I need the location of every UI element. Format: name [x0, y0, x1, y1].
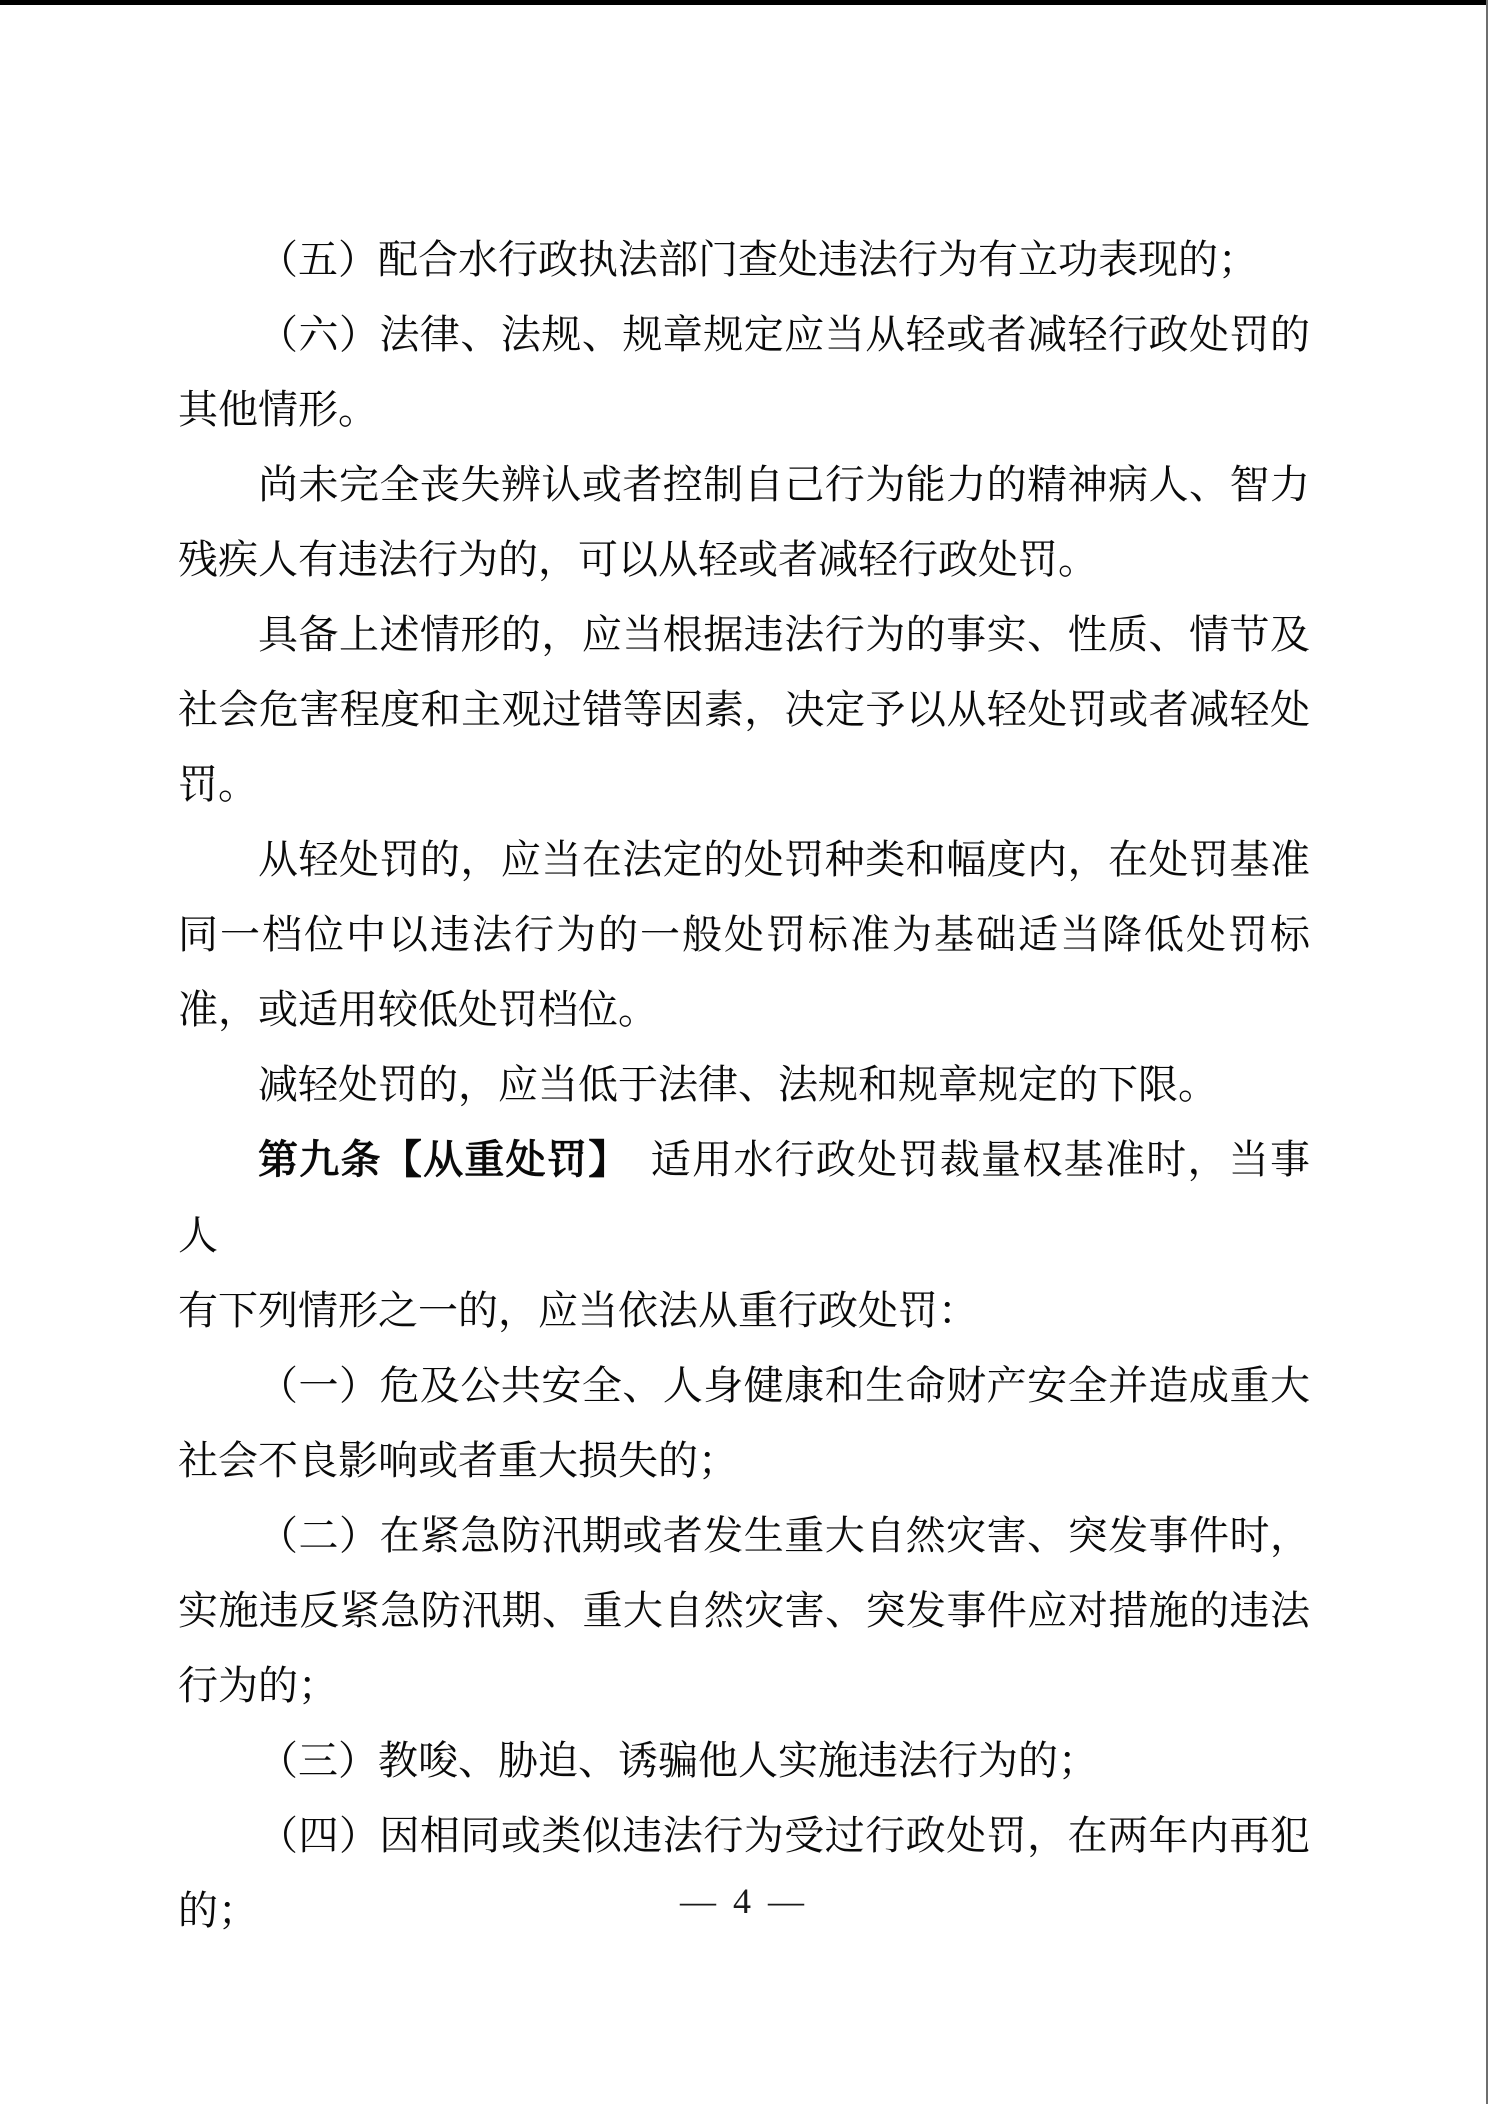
- article-heading: 第九条【从重处罚】: [258, 1138, 610, 1182]
- text-segment: （二）在紧急防汛期或者发生重大自然灾害、突发事件时，: [258, 1513, 1310, 1558]
- text-segment: 其他情形。: [178, 387, 378, 432]
- text-line: 尚未完全丧失辨认或者控制自己行为能力的精神病人、智力: [178, 447, 1310, 522]
- text-line: 同一档位中以违法行为的一般处罚标准为基础适当降低处罚标: [178, 897, 1310, 972]
- text-line: （一）危及公共安全、人身健康和生命财产安全并造成重大: [178, 1348, 1310, 1423]
- page-number: — 4 —: [0, 1880, 1488, 1922]
- text-line: 具备上述情形的，应当根据违法行为的事实、性质、情节及: [178, 597, 1310, 672]
- text-segment: （一）危及公共安全、人身健康和生命财产安全并造成重大: [258, 1363, 1310, 1408]
- text-line: （六）法律、法规、规章规定应当从轻或者减轻行政处罚的: [178, 297, 1310, 372]
- text-line: 社会危害程度和主观过错等因素，决定予以从轻处罚或者减轻处: [178, 672, 1310, 747]
- text-segment: 从轻处罚的，应当在法定的处罚种类和幅度内，在处罚基准: [258, 837, 1310, 882]
- text-segment: 尚未完全丧失辨认或者控制自己行为能力的精神病人、智力: [258, 462, 1310, 507]
- text-line: （三）教唆、胁迫、诱骗他人实施违法行为的；: [178, 1723, 1310, 1798]
- page-top-border: [0, 0, 1488, 5]
- text-segment: 减轻处罚的，应当低于法律、法规和规章规定的下限。: [258, 1062, 1218, 1107]
- text-segment: 有下列情形之一的，应当依法从重行政处罚：: [178, 1288, 978, 1333]
- text-segment: 罚。: [178, 762, 258, 807]
- text-segment: 残疾人有违法行为的，可以从轻或者减轻行政处罚。: [178, 537, 1098, 582]
- text-segment: （三）教唆、胁迫、诱骗他人实施违法行为的；: [258, 1738, 1098, 1783]
- text-line: 实施违反紧急防汛期、重大自然灾害、突发事件应对措施的违法: [178, 1573, 1310, 1648]
- text-segment: 社会危害程度和主观过错等因素，决定予以从轻处罚或者减轻处: [178, 687, 1310, 732]
- text-segment: 同一档位中以违法行为的一般处罚标准为基础适当降低处罚标: [178, 912, 1310, 957]
- text-line: （五）配合水行政执法部门查处违法行为有立功表现的；: [178, 222, 1310, 297]
- text-line: 第九条【从重处罚】 适用水行政处罚裁量权基准时，当事人: [178, 1122, 1310, 1273]
- text-line: 社会不良影响或者重大损失的；: [178, 1423, 1310, 1498]
- text-segment: （四）因相同或类似违法行为受过行政处罚，在两年内再犯: [258, 1813, 1310, 1858]
- text-segment: （六）法律、法规、规章规定应当从轻或者减轻行政处罚的: [258, 312, 1310, 357]
- text-line: 从轻处罚的，应当在法定的处罚种类和幅度内，在处罚基准: [178, 822, 1310, 897]
- document-body: （五）配合水行政执法部门查处违法行为有立功表现的；（六）法律、法规、规章规定应当…: [178, 222, 1310, 1948]
- text-segment: 具备上述情形的，应当根据违法行为的事实、性质、情节及: [258, 612, 1310, 657]
- text-segment: 准，或适用较低处罚档位。: [178, 987, 658, 1032]
- text-segment: 实施违反紧急防汛期、重大自然灾害、突发事件应对措施的违法: [178, 1588, 1310, 1633]
- text-segment: 社会不良影响或者重大损失的；: [178, 1438, 738, 1483]
- document-page: （五）配合水行政执法部门查处违法行为有立功表现的；（六）法律、法规、规章规定应当…: [0, 0, 1488, 2104]
- text-line: （二）在紧急防汛期或者发生重大自然灾害、突发事件时，: [178, 1498, 1310, 1573]
- text-line: 其他情形。: [178, 372, 1310, 447]
- text-segment: 行为的；: [178, 1663, 338, 1708]
- text-line: 减轻处罚的，应当低于法律、法规和规章规定的下限。: [178, 1047, 1310, 1122]
- text-line: 行为的；: [178, 1648, 1310, 1723]
- text-line: （四）因相同或类似违法行为受过行政处罚，在两年内再犯: [178, 1798, 1310, 1873]
- text-line: 有下列情形之一的，应当依法从重行政处罚：: [178, 1273, 1310, 1348]
- text-segment: （五）配合水行政执法部门查处违法行为有立功表现的；: [258, 237, 1258, 282]
- text-line: 罚。: [178, 747, 1310, 822]
- text-line: 残疾人有违法行为的，可以从轻或者减轻行政处罚。: [178, 522, 1310, 597]
- text-line: 准，或适用较低处罚档位。: [178, 972, 1310, 1047]
